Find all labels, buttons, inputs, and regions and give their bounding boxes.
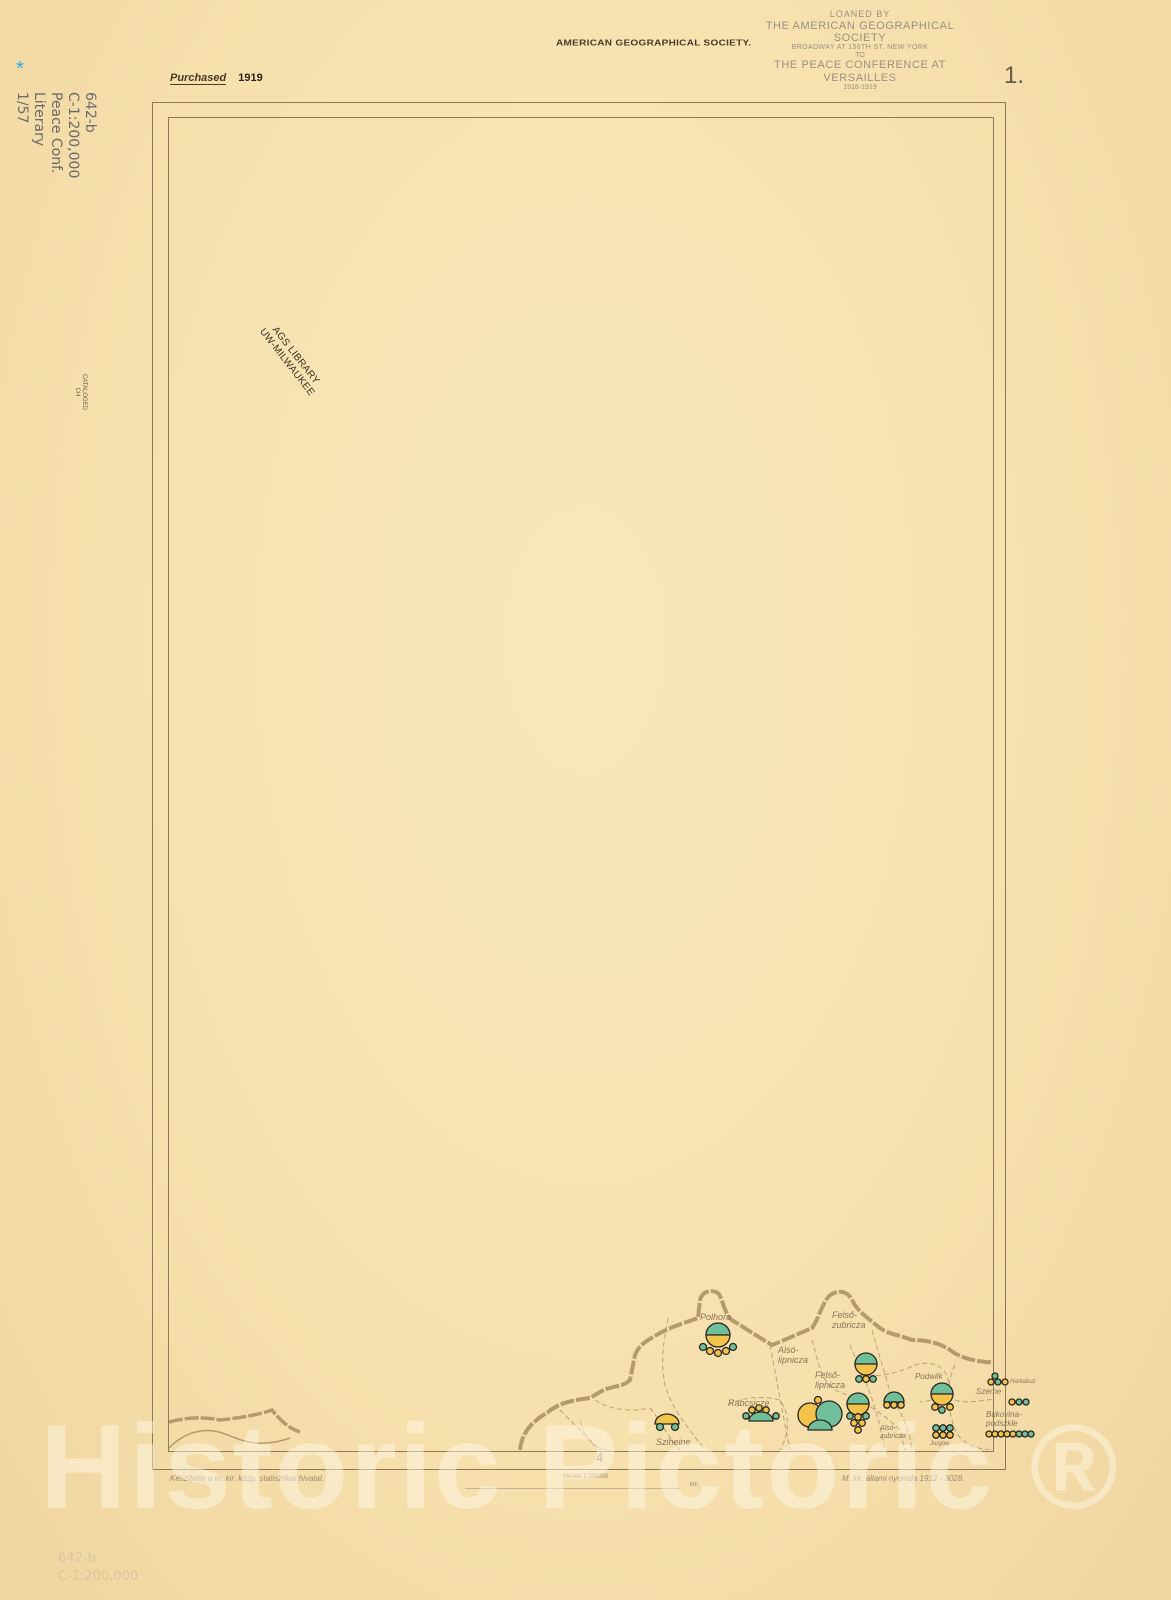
place-label-felso-zubricza: Felső-zubricza: [832, 1310, 880, 1330]
place-label-harkabuz: Harkabuz: [1010, 1378, 1030, 1386]
place-label-felso-lipnicza: Felső-lipnicza: [815, 1370, 865, 1390]
bottom-pencil-note: 642-b C-1:200,000: [58, 1550, 138, 1586]
place-label-polhora: Polhora: [700, 1312, 731, 1322]
watermark: Historic Pictoric ®: [40, 1398, 1120, 1536]
bottom-note-line: 642-b: [58, 1550, 138, 1568]
symbol-polhora: [700, 1323, 737, 1357]
place-label-szerne: Szerne: [976, 1387, 1001, 1396]
place-label-podwilk: Podwilk: [915, 1372, 943, 1381]
bottom-note-line: C-1:200,000: [58, 1568, 138, 1586]
map-drawing: [0, 0, 1171, 1600]
place-label-also-lipnicza: Alsó-lipnicza: [778, 1345, 826, 1365]
symbol-szerne: [988, 1373, 1008, 1385]
